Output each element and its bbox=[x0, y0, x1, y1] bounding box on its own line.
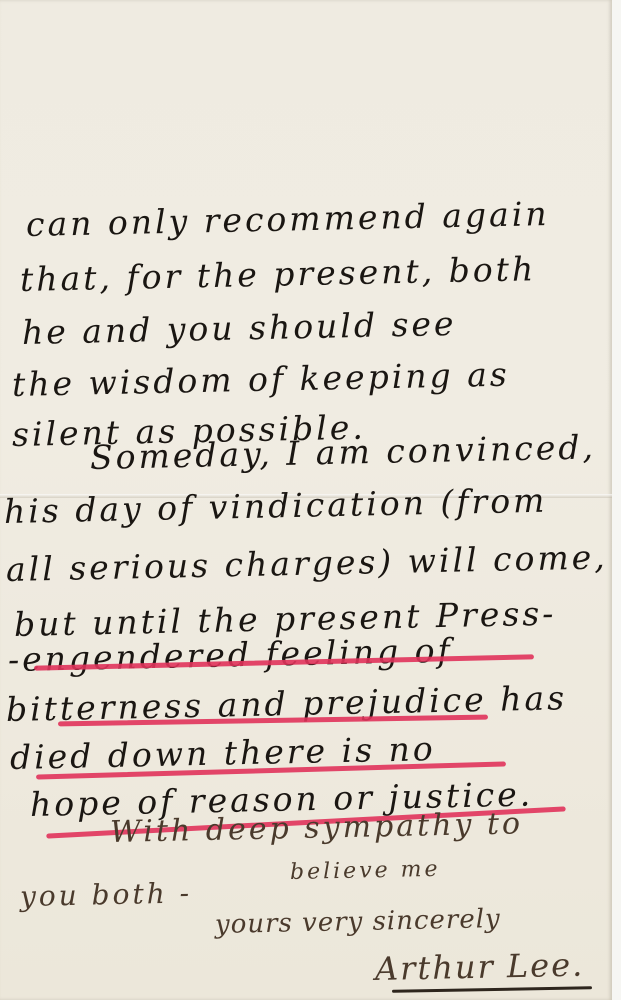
letter-line-14: With deep sympathy to bbox=[110, 806, 524, 850]
closing-salutation: yours very sincerely bbox=[215, 904, 501, 940]
letter-line-15: you both - bbox=[20, 876, 193, 913]
signature-underline bbox=[392, 986, 592, 992]
letter-line-8: all serious charges) will come, bbox=[6, 537, 608, 589]
letter-line-3: he and you should see bbox=[22, 304, 457, 352]
letter-line-1: can only recommend again bbox=[26, 194, 550, 244]
letter-page: can only recommend again that, for the p… bbox=[0, 0, 612, 1000]
letter-line-2: that, for the present, both bbox=[20, 249, 537, 299]
letter-line-10: -engendered feeling of bbox=[8, 631, 453, 679]
scan-edge bbox=[612, 0, 621, 1000]
letter-line-16: believe me bbox=[290, 857, 441, 885]
letter-line-4: the wisdom of keeping as bbox=[12, 355, 511, 404]
letter-line-7: his day of vindication (from bbox=[4, 481, 548, 531]
signature: Arthur Lee. bbox=[375, 946, 585, 988]
